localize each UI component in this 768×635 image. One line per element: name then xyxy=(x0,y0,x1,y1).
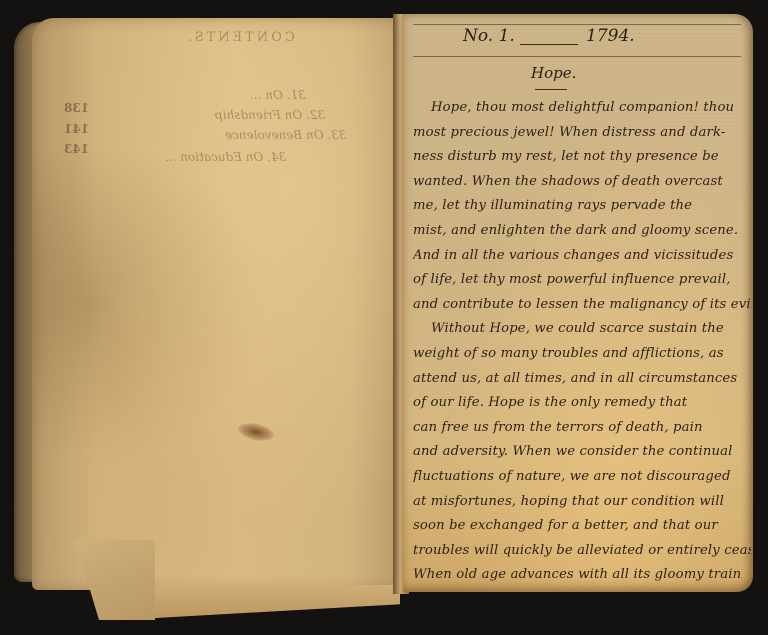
text-line: of life, let thy most powerful influence… xyxy=(413,268,751,293)
left-page-folded-corner xyxy=(75,540,155,620)
text-line: Without Hope, we could scarce sustain th… xyxy=(413,317,751,342)
bleed-through-entry: 32. On Friendship xyxy=(215,108,325,122)
text-line: attend us, at all times, and in all circ… xyxy=(413,367,751,392)
entry-number: No. 1. xyxy=(463,26,515,46)
text-line: of our life. Hope is the only remedy tha… xyxy=(413,391,751,416)
bleed-through-page-number: 143 xyxy=(64,142,89,156)
right-page: No. 1. 1794. Hope. Hope, thou most delig… xyxy=(403,14,753,592)
bleed-through-entry: 34. On Education ... xyxy=(165,150,286,164)
text-line: me, let thy illuminating rays pervade th… xyxy=(413,194,751,219)
essay-body: Hope, thou most delightful companion! th… xyxy=(413,96,751,588)
text-line: can free us from the terrors of death, p… xyxy=(413,416,751,441)
text-line: fluctuations of nature, we are not disco… xyxy=(413,465,751,490)
text-line: and contribute to lessen the malignancy … xyxy=(413,293,751,318)
text-line: and adversity. When we consider the cont… xyxy=(413,440,751,465)
bleed-through-page-number: 138 xyxy=(64,101,89,115)
text-line: When old age advances with all its gloom… xyxy=(413,563,751,588)
bleed-through-entry: 33. On Benevolence xyxy=(225,128,347,142)
header-rule-top xyxy=(413,24,741,25)
text-line: Hope, thou most delightful companion! th… xyxy=(413,96,751,121)
text-line: most precious jewel! When distress and d… xyxy=(413,121,751,146)
text-line: mist, and enlighten the dark and gloomy … xyxy=(413,219,751,244)
text-line: wanted. When the shadows of death overca… xyxy=(413,170,751,195)
text-line: ness disturb my rest, let not thy presen… xyxy=(413,145,751,170)
text-line: troubles will quickly be alleviated or e… xyxy=(413,539,751,564)
bleed-through-contents-heading: CONTENTS. xyxy=(185,30,295,45)
title-underline xyxy=(535,89,567,90)
manuscript-photo: CONTENTS. 31. On ... 32. On Friendship 3… xyxy=(0,0,768,635)
bleed-through-page-number: 141 xyxy=(64,122,89,136)
entry-year: 1794. xyxy=(586,26,635,46)
text-line: at misfortunes, hoping that our conditio… xyxy=(413,490,751,515)
bleed-through-entry: 31. On ... xyxy=(250,88,306,102)
text-line: And in all the various changes and vicis… xyxy=(413,244,751,269)
text-line: soon be exchanged for a better, and that… xyxy=(413,514,751,539)
text-line: weight of so many troubles and afflictio… xyxy=(413,342,751,367)
header-rule-bottom xyxy=(413,56,741,57)
essay-title: Hope. xyxy=(531,64,576,82)
header-dash xyxy=(520,44,578,45)
